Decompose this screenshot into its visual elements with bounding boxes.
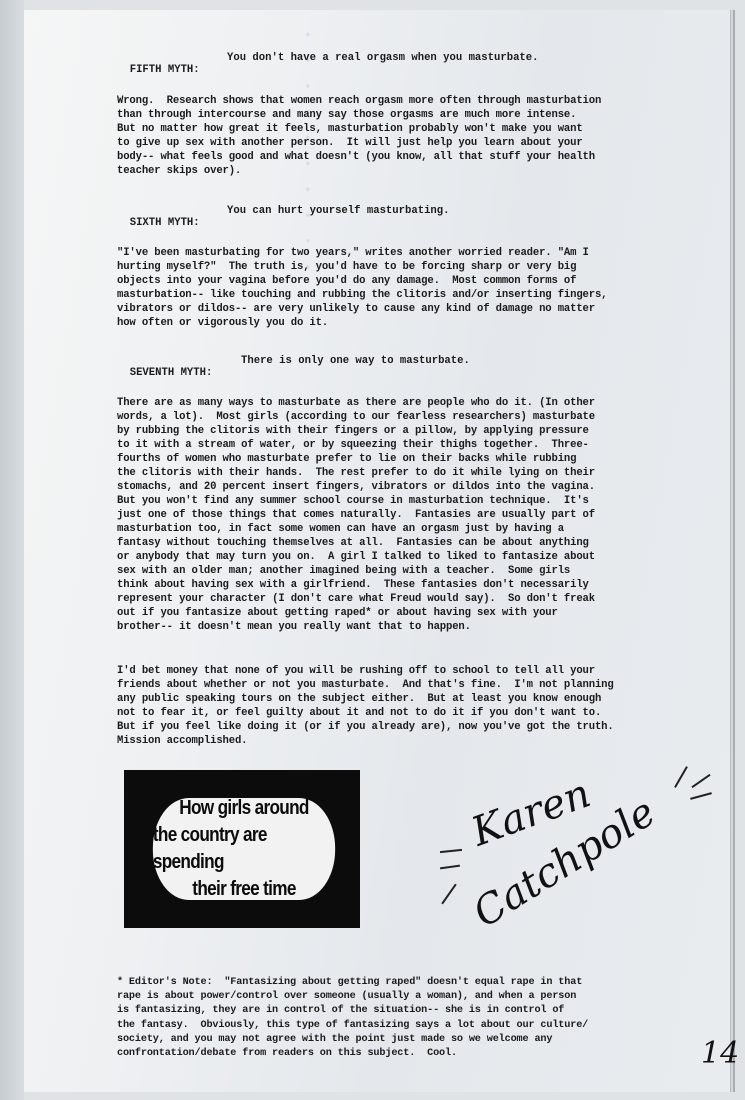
text-line: rape is about power/control over someone… — [117, 990, 588, 1004]
text-line: But if you feel like doing it (or if you… — [117, 720, 677, 734]
myth-heading-6: SIXTH MYTH: You can hurt yourself mastur… — [117, 205, 200, 241]
text-line: just one of those things that comes natu… — [117, 508, 677, 522]
myth-body-7: There are as many ways to masturbate as … — [117, 396, 677, 634]
text-line: represent your character (I don't care w… — [117, 592, 677, 606]
myth-body-6: "I've been masturbating for two years," … — [117, 246, 677, 330]
text-line: body-- what feels good and what doesn't … — [117, 150, 677, 164]
text-line: words, a lot). Most girls (according to … — [117, 410, 677, 424]
text-line: fourths of women who masturbate prefer t… — [117, 452, 677, 466]
myth-body-5: Wrong. Research shows that women reach o… — [117, 94, 677, 178]
text-line: "I've been masturbating for two years," … — [117, 246, 677, 260]
text-line: Wrong. Research shows that women reach o… — [117, 94, 677, 108]
text-line: think about having sex with a girlfriend… — [117, 578, 677, 592]
myth-claim: You can hurt yourself masturbating. — [227, 205, 450, 217]
text-line: any public speaking tours on the subject… — [117, 692, 677, 706]
text-line: I'd bet money that none of you will be r… — [117, 664, 677, 678]
text-line: brother-- it doesn't mean you really wan… — [117, 620, 677, 634]
text-line: There are as many ways to masturbate as … — [117, 396, 677, 410]
text-line: Mission accomplished. — [117, 734, 677, 748]
text-line: objects into your vagina before you'd do… — [117, 274, 677, 288]
myth-claim: You don't have a real orgasm when you ma… — [227, 52, 539, 64]
myth-label: FIFTH MYTH: — [130, 64, 200, 76]
text-line: by rubbing the clitoris with their finge… — [117, 424, 677, 438]
text-line: teacher skips over). — [117, 164, 677, 178]
editors-note: * Editor's Note: "Fantasizing about gett… — [117, 976, 588, 1061]
magazine-clipping: How girls around the country are spendin… — [124, 770, 360, 928]
closing-paragraph: I'd bet money that none of you will be r… — [117, 664, 677, 748]
clipping-headline: How girls around the country are spendin… — [153, 798, 335, 900]
text-line: confrontation/debate from readers on thi… — [117, 1047, 588, 1061]
clipping-line: How girls around — [179, 795, 308, 822]
text-line: masturbation-- like touching and rubbing… — [117, 288, 677, 302]
text-line: vibrators or dildos-- are very unlikely … — [117, 302, 677, 316]
text-line: fantasy without touching themselves at a… — [117, 536, 677, 550]
myth-claim: There is only one way to masturbate. — [241, 355, 470, 367]
page-number: 14 — [701, 1036, 739, 1071]
text-line: the fantasy. Obviously, this type of fan… — [117, 1019, 588, 1033]
text-line: to it with a stream of water, or by sque… — [117, 438, 677, 452]
text-line: the clitoris with their hands. The rest … — [117, 466, 677, 480]
text-line: * Editor's Note: "Fantasizing about gett… — [117, 976, 588, 990]
text-line: or anybody that may turn you on. A girl … — [117, 550, 677, 564]
text-line: to give up sex with another person. It w… — [117, 136, 677, 150]
myth-label: SIXTH MYTH: — [130, 217, 200, 229]
text-line: But no matter how great it feels, mastur… — [117, 122, 677, 136]
text-line: not to fear it, or feel guilty about it … — [117, 706, 677, 720]
myth-label: SEVENTH MYTH: — [130, 367, 213, 379]
text-line: masturbation too, in fact some women can… — [117, 522, 677, 536]
text-line: But you won't find any summer school cou… — [117, 494, 677, 508]
text-line: society, and you may not agree with the … — [117, 1033, 588, 1047]
text-line: friends about whether or not you masturb… — [117, 678, 677, 692]
scan-left-shade — [0, 0, 24, 1100]
text-line: how often or vigorously you do it. — [117, 316, 677, 330]
myth-heading-7: SEVENTH MYTH: There is only one way to m… — [117, 355, 212, 391]
text-line: stomachs, and 20 percent insert fingers,… — [117, 480, 677, 494]
clipping-line: their free time — [192, 876, 295, 903]
text-line: out if you fantasize about getting raped… — [117, 606, 677, 620]
text-line: sex with an older man; another imagined … — [117, 564, 677, 578]
text-line: is fantasizing, they are in control of t… — [117, 1004, 588, 1018]
myth-heading-5: FIFTH MYTH: You don't have a real orgasm… — [117, 52, 200, 88]
text-line: hurting myself?" The truth is, you'd hav… — [117, 260, 677, 274]
clipping-line: the country are spending — [153, 822, 335, 876]
text-line: than through intercourse and many say th… — [117, 108, 677, 122]
